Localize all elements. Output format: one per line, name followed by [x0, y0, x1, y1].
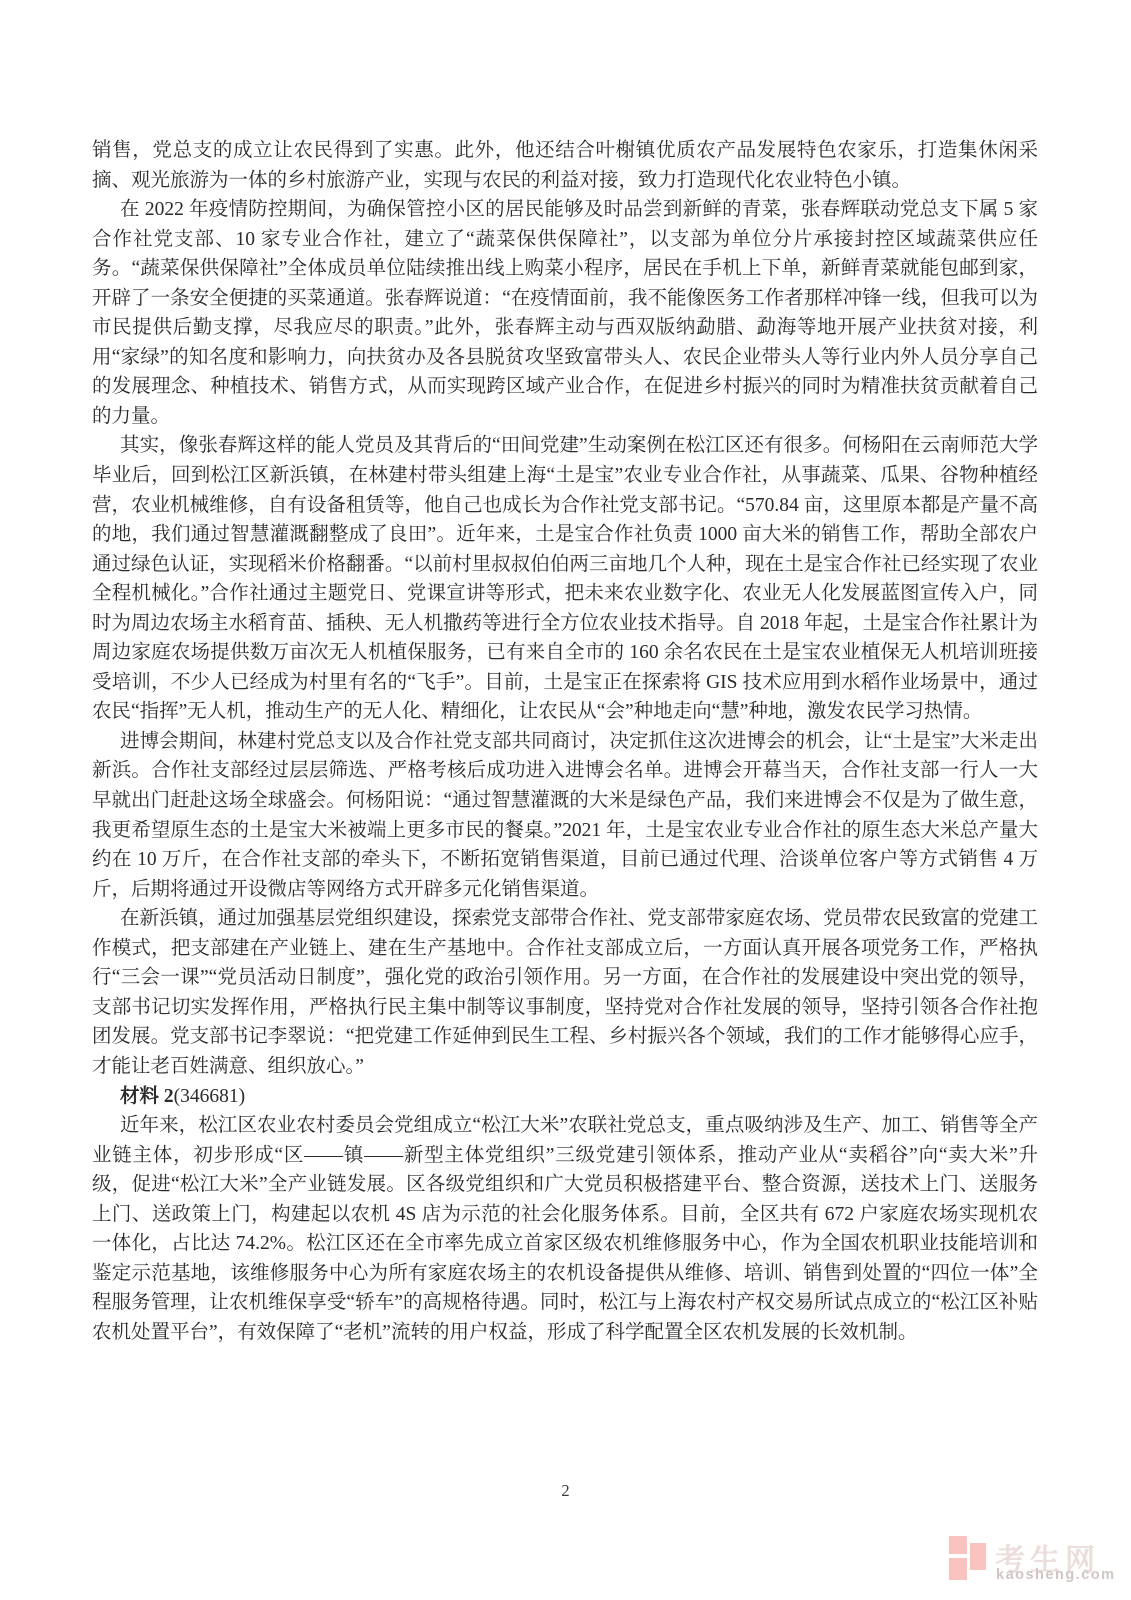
- paragraph-3: 其实，像张春辉这样的能人党员及其背后的“田间党建”生动案例在松江区还有很多。何杨…: [92, 431, 1038, 726]
- logo-block-bottom-left: [949, 1558, 967, 1580]
- material-2-label: 材料 2: [120, 1086, 174, 1107]
- paragraph-1: 销售，党总支的成立让农民得到了实惠。此外，他还结合叶榭镇优质农产品发展特色农家乐…: [92, 136, 1038, 195]
- material-2-heading: 材料 2(346681): [92, 1082, 1038, 1112]
- document-body: 销售，党总支的成立让农民得到了实惠。此外，他还结合叶榭镇优质农产品发展特色农家乐…: [92, 136, 1038, 1347]
- logo-block-right: [970, 1543, 986, 1570]
- paragraph-2: 在 2022 年疫情防控期间，为确保管控小区的居民能够及时品尝到新鲜的青菜，张春…: [92, 195, 1038, 431]
- kaosheng-watermark: 考生网 kaosheng.com: [949, 1534, 1119, 1586]
- page-number: 2: [0, 1481, 1131, 1501]
- kaosheng-logo-icon: [949, 1534, 989, 1582]
- document-page: 销售，党总支的成立让农民得到了实惠。此外，他还结合叶榭镇优质农产品发展特色农家乐…: [0, 0, 1131, 1600]
- paragraph-5: 在新浜镇，通过加强基层党组织建设，探索党支部带合作社、党支部带家庭农场、党员带农…: [92, 904, 1038, 1081]
- watermark-domain-text: kaosheng.com: [996, 1567, 1116, 1583]
- paragraph-6: 近年来，松江区农业农村委员会党组成立“松江大米”农联社党总支，重点吸纳涉及生产、…: [92, 1111, 1038, 1347]
- paragraph-4: 进博会期间，林建村党总支以及合作社党支部共同商讨，决定抓住这次进博会的机会，让“…: [92, 727, 1038, 904]
- logo-block-top-left: [949, 1536, 967, 1554]
- material-2-code: (346681): [174, 1086, 246, 1107]
